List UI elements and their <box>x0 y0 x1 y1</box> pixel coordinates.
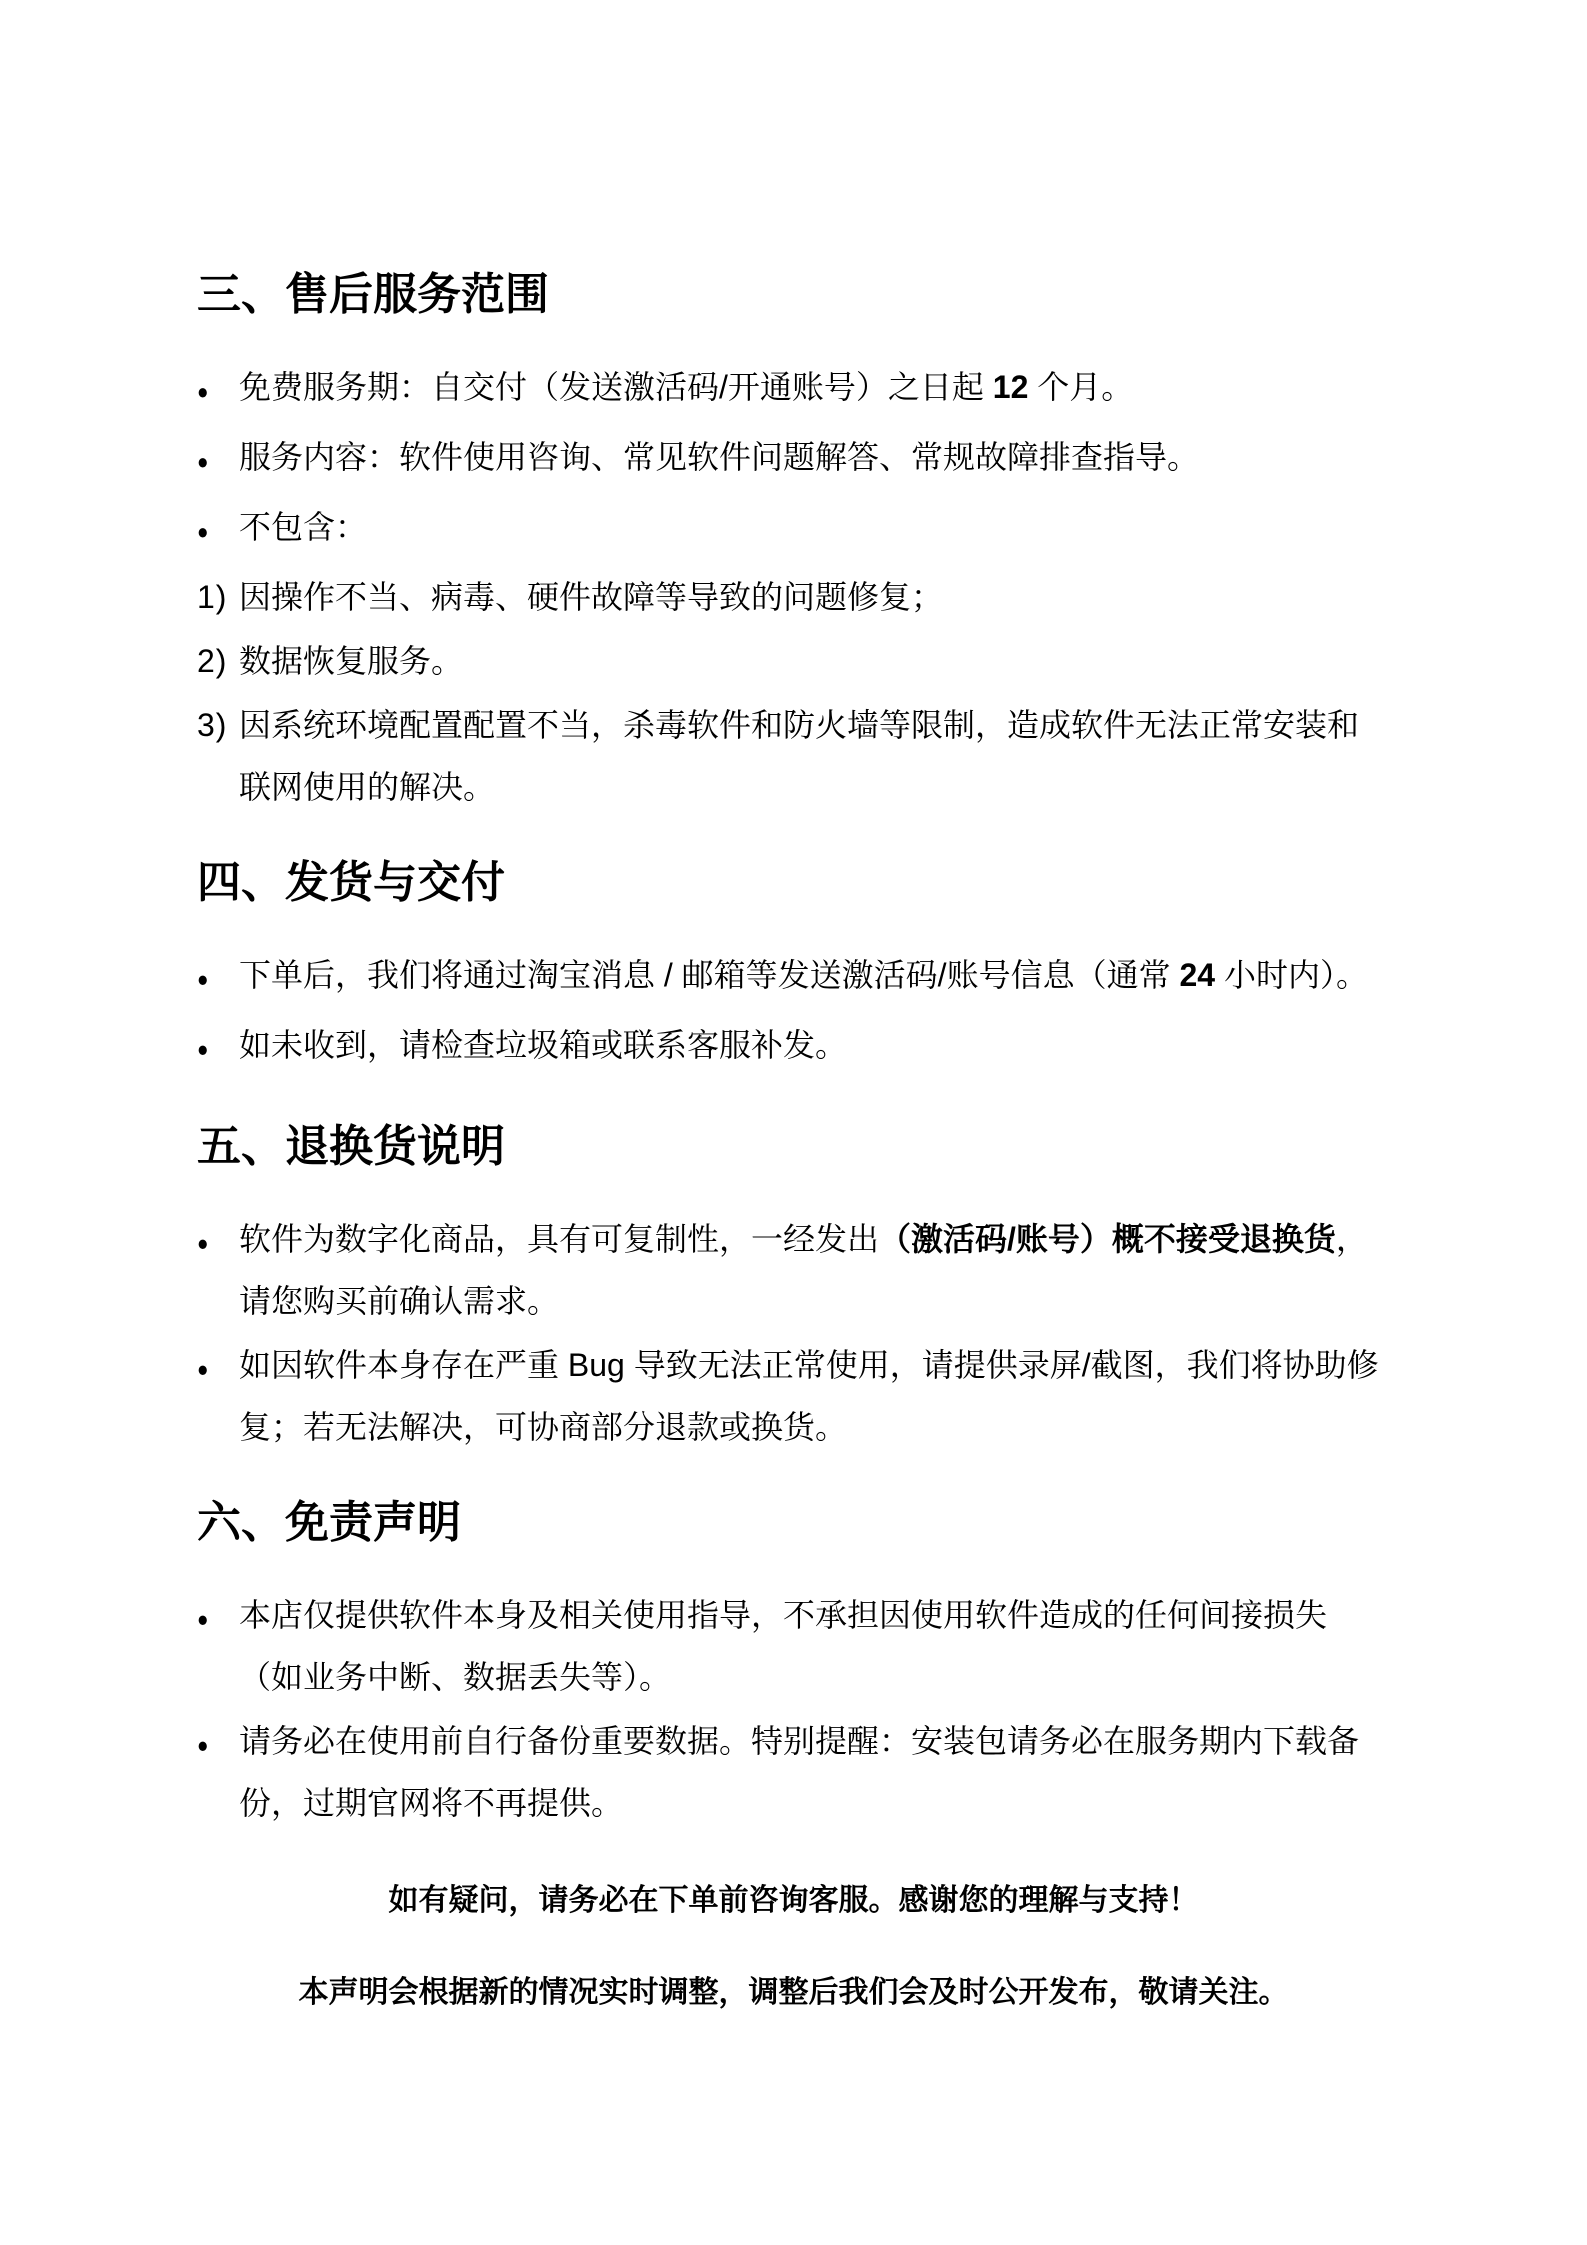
text-segment: 小时内）。 <box>1215 957 1368 993</box>
text-segment: 个月。 <box>1028 369 1133 405</box>
list-item: ● 如未收到，请检查垃圾箱或联系客服补发。 <box>197 1014 1390 1082</box>
bullet-icon: ● <box>197 1015 208 1086</box>
list-item: ● 服务内容：软件使用咨询、常见软件问题解答、常规故障排查指导。 <box>197 426 1390 494</box>
bullet-icon: ● <box>197 945 208 1016</box>
numbered-item: 3) 因系统环境配置配置不当，杀毒软件和防火墙等限制，造成软件无法正常安装和联网… <box>197 694 1390 818</box>
bullet-marker: ● <box>197 1208 239 1276</box>
list-item-text: 如未收到，请检查垃圾箱或联系客服补发。 <box>239 1014 1390 1076</box>
bullet-marker: ● <box>197 496 239 564</box>
bullet-marker: ● <box>197 1584 239 1652</box>
list-item-text: 请务必在使用前自行备份重要数据。特别提醒：安装包请务必在服务期内下载备份，过期官… <box>239 1710 1390 1834</box>
closing-note: 本声明会根据新的情况实时调整，调整后我们会及时公开发布，敬请关注。 <box>197 1962 1390 2024</box>
list-item: ● 不包含： <box>197 496 1390 564</box>
section-5-heading: 五、退换货说明 <box>197 1120 1390 1174</box>
list-item-text: 不包含： <box>239 496 1390 558</box>
list-item-text: 如因软件本身存在严重 Bug 导致无法正常使用，请提供录屏/截图，我们将协助修复… <box>239 1334 1390 1458</box>
list-item-text: 本店仅提供软件本身及相关使用指导，不承担因使用软件造成的任何间接损失（如业务中断… <box>239 1584 1390 1708</box>
bullet-icon: ● <box>197 1335 208 1406</box>
bold-text-segment: 24 <box>1179 957 1215 993</box>
bullet-icon: ● <box>197 1711 208 1782</box>
item-number: 3) <box>197 694 239 756</box>
numbered-item: 1) 因操作不当、病毒、硬件故障等导致的问题修复； <box>197 566 1390 628</box>
bullet-marker: ● <box>197 426 239 494</box>
list-item: ● 本店仅提供软件本身及相关使用指导，不承担因使用软件造成的任何间接损失（如业务… <box>197 1584 1390 1708</box>
list-item-text: 免费服务期：自交付（发送激活码/开通账号）之日起 12 个月。 <box>239 356 1390 418</box>
list-item-text: 下单后，我们将通过淘宝消息 / 邮箱等发送激活码/账号信息（通常 24 小时内）… <box>239 944 1390 1006</box>
list-item: ● 软件为数字化商品，具有可复制性，一经发出（激活码/账号）概不接受退换货，请您… <box>197 1208 1390 1332</box>
list-item: ● 免费服务期：自交付（发送激活码/开通账号）之日起 12 个月。 <box>197 356 1390 424</box>
list-item-text: 软件为数字化商品，具有可复制性，一经发出（激活码/账号）概不接受退换货，请您购买… <box>239 1208 1390 1332</box>
bullet-marker: ● <box>197 1014 239 1082</box>
item-number: 2) <box>197 630 239 692</box>
list-item: ● 请务必在使用前自行备份重要数据。特别提醒：安装包请务必在服务期内下载备份，过… <box>197 1710 1390 1834</box>
document-page: 三、售后服务范围 ● 免费服务期：自交付（发送激活码/开通账号）之日起 12 个… <box>0 0 1587 2245</box>
bold-text-segment: （激活码/账号）概不接受退换货 <box>879 1221 1336 1257</box>
text-segment: 免费服务期：自交付（发送激活码/开通账号）之日起 <box>239 369 993 405</box>
numbered-item: 2) 数据恢复服务。 <box>197 630 1390 692</box>
bullet-icon: ● <box>197 497 208 568</box>
bullet-marker: ● <box>197 944 239 1012</box>
list-item: ● 如因软件本身存在严重 Bug 导致无法正常使用，请提供录屏/截图，我们将协助… <box>197 1334 1390 1458</box>
list-item-text: 因操作不当、病毒、硬件故障等导致的问题修复； <box>239 566 1390 628</box>
item-number: 1) <box>197 566 239 628</box>
text-segment: 软件为数字化商品，具有可复制性，一经发出 <box>239 1221 879 1257</box>
list-item: ● 下单后，我们将通过淘宝消息 / 邮箱等发送激活码/账号信息（通常 24 小时… <box>197 944 1390 1012</box>
bold-text-segment: 12 <box>993 369 1029 405</box>
footer-note: 如有疑问，请务必在下单前咨询客服。感谢您的理解与支持！ <box>197 1870 1390 1932</box>
bullet-marker: ● <box>197 1710 239 1778</box>
bullet-marker: ● <box>197 1334 239 1402</box>
bullet-icon: ● <box>197 1585 208 1656</box>
list-item-text: 服务内容：软件使用咨询、常见软件问题解答、常规故障排查指导。 <box>239 426 1390 488</box>
bullet-icon: ● <box>197 427 208 498</box>
text-segment: 下单后，我们将通过淘宝消息 / 邮箱等发送激活码/账号信息（通常 <box>239 957 1179 993</box>
bullet-icon: ● <box>197 1209 208 1280</box>
bullet-icon: ● <box>197 357 208 428</box>
bullet-marker: ● <box>197 356 239 424</box>
section-3-heading: 三、售后服务范围 <box>197 268 1390 322</box>
list-item-text: 因系统环境配置配置不当，杀毒软件和防火墙等限制，造成软件无法正常安装和联网使用的… <box>239 694 1390 818</box>
section-6-heading: 六、免责声明 <box>197 1496 1390 1550</box>
section-4-heading: 四、发货与交付 <box>197 856 1390 910</box>
list-item-text: 数据恢复服务。 <box>239 630 1390 692</box>
